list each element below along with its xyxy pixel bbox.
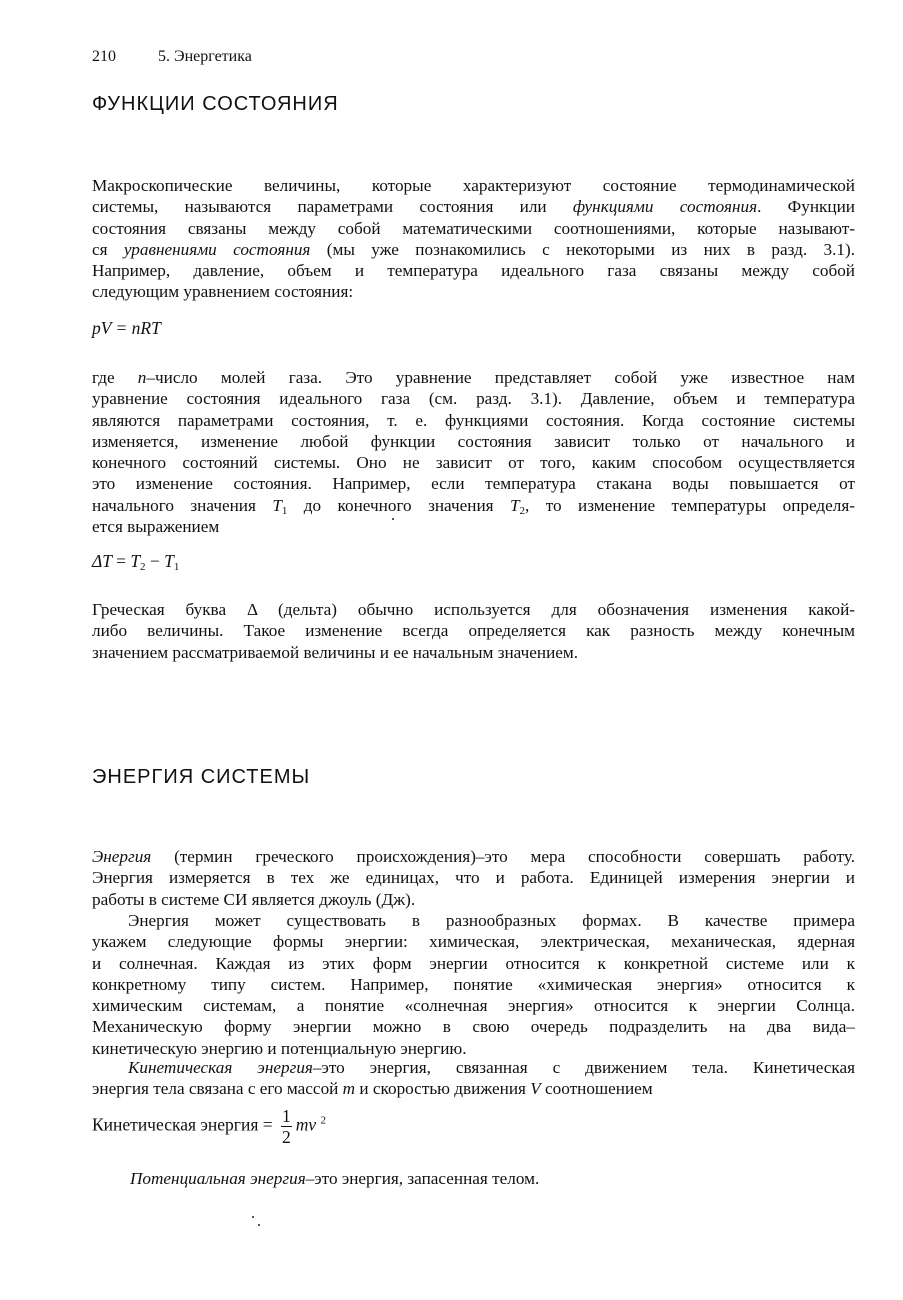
chapter-title: 5. Энергетика (158, 48, 252, 65)
paragraph-state-functions-intro: Макроскопические величины, которые харак… (92, 175, 855, 303)
scan-speck (252, 1216, 254, 1218)
text-line: Кинетическая энергия–это энергия, связан… (92, 1057, 855, 1078)
text-line: либо величины. Такое изменение всегда оп… (92, 620, 855, 641)
paragraph-energy-forms: Энергия может существовать в разнообразн… (92, 910, 855, 1059)
equation-ideal-gas: pV = nRT (92, 318, 161, 339)
paragraph-potential-energy: Потенциальная энергия–это энергия, запас… (92, 1168, 855, 1189)
text-line: являются параметрами состояния, т. е. фу… (92, 410, 855, 431)
section-heading-system-energy: ЭНЕРГИЯ СИСТЕМЫ (92, 766, 310, 789)
text-line: укажем следующие формы энергии: химическ… (92, 931, 855, 952)
section-heading-state-functions: ФУНКЦИИ СОСТОЯНИЯ (92, 93, 339, 116)
text-line: химическим системам, а понятие «солнечна… (92, 995, 855, 1016)
text-line: состояния связаны между собой математиче… (92, 218, 855, 239)
equation-kinetic-energy: Кинетическая энергия = 1 2 mv 2 (92, 1106, 326, 1147)
text-line: Энергия (термин греческого происхождения… (92, 846, 855, 867)
text-line: начального значения T1 до конечного знач… (92, 495, 855, 516)
paragraph-state-change: где n–число молей газа. Это уравнение пр… (92, 367, 855, 537)
term-energy: Энергия (92, 847, 151, 866)
paragraph-energy-definition: Энергия (термин греческого происхождения… (92, 846, 855, 910)
text-line: Энергия измеряется в тех же единицах, чт… (92, 867, 855, 888)
scan-speck (392, 518, 394, 520)
fraction-one-half: 1 2 (281, 1106, 292, 1147)
paragraph-delta-definition: Греческая буква Δ (дельта) обычно исполь… (92, 599, 855, 663)
text-line: это изменение состояния. Например, если … (92, 473, 855, 494)
text-line: кинетическую энергию и потенциальную эне… (92, 1038, 855, 1059)
text-line: конкретному типу систем. Например, понят… (92, 974, 855, 995)
text-line: Греческая буква Δ (дельта) обычно исполь… (92, 599, 855, 620)
term-equations-of-state: уравнениями состояния (124, 240, 311, 259)
text-line: Энергия может существовать в разнообразн… (92, 910, 855, 931)
text-line: где n–число молей газа. Это уравнение пр… (92, 367, 855, 388)
text-line: ся уравнениями состояния (мы уже познако… (92, 239, 855, 260)
text-line: работы в системе СИ является джоуль (Дж)… (92, 889, 855, 910)
book-page: 2105. Энергетика ФУНКЦИИ СОСТОЯНИЯ Макро… (0, 0, 903, 1300)
text-line: конечного состояний системы. Оно не зави… (92, 452, 855, 473)
running-head: 2105. Энергетика (92, 48, 252, 66)
term-state-functions: функциями состояния (573, 197, 757, 216)
text-line: значением рассматриваемой величины и ее … (92, 642, 855, 663)
equation-delta-t: ΔT = T2 − T1 (92, 551, 179, 573)
text-line: системы, называются параметрами состояни… (92, 196, 855, 217)
text-line: ется выражением (92, 516, 855, 537)
page-number: 210 (92, 48, 158, 66)
text-line: следующим уравнением состояния: (92, 281, 855, 302)
paragraph-kinetic-energy: Кинетическая энергия–это энергия, связан… (92, 1057, 855, 1100)
scan-speck (258, 1224, 260, 1226)
term-kinetic-energy: Кинетическая энергия (128, 1058, 313, 1077)
text-line: Макроскопические величины, которые харак… (92, 175, 855, 196)
text-line: Потенциальная энергия–это энергия, запас… (92, 1168, 855, 1189)
text-line: и солнечная. Каждая из этих форм энергии… (92, 953, 855, 974)
text-line: Механическую форму энергии можно в свою … (92, 1016, 855, 1037)
text-line: Например, давление, объем и температура … (92, 260, 855, 281)
text-line: изменяется, изменение любой функции сост… (92, 431, 855, 452)
text-line: уравнение состояния идеального газа (см.… (92, 388, 855, 409)
term-potential-energy: Потенциальная энергия (130, 1169, 306, 1188)
text-line: энергия тела связана с его массой m и ск… (92, 1078, 855, 1099)
